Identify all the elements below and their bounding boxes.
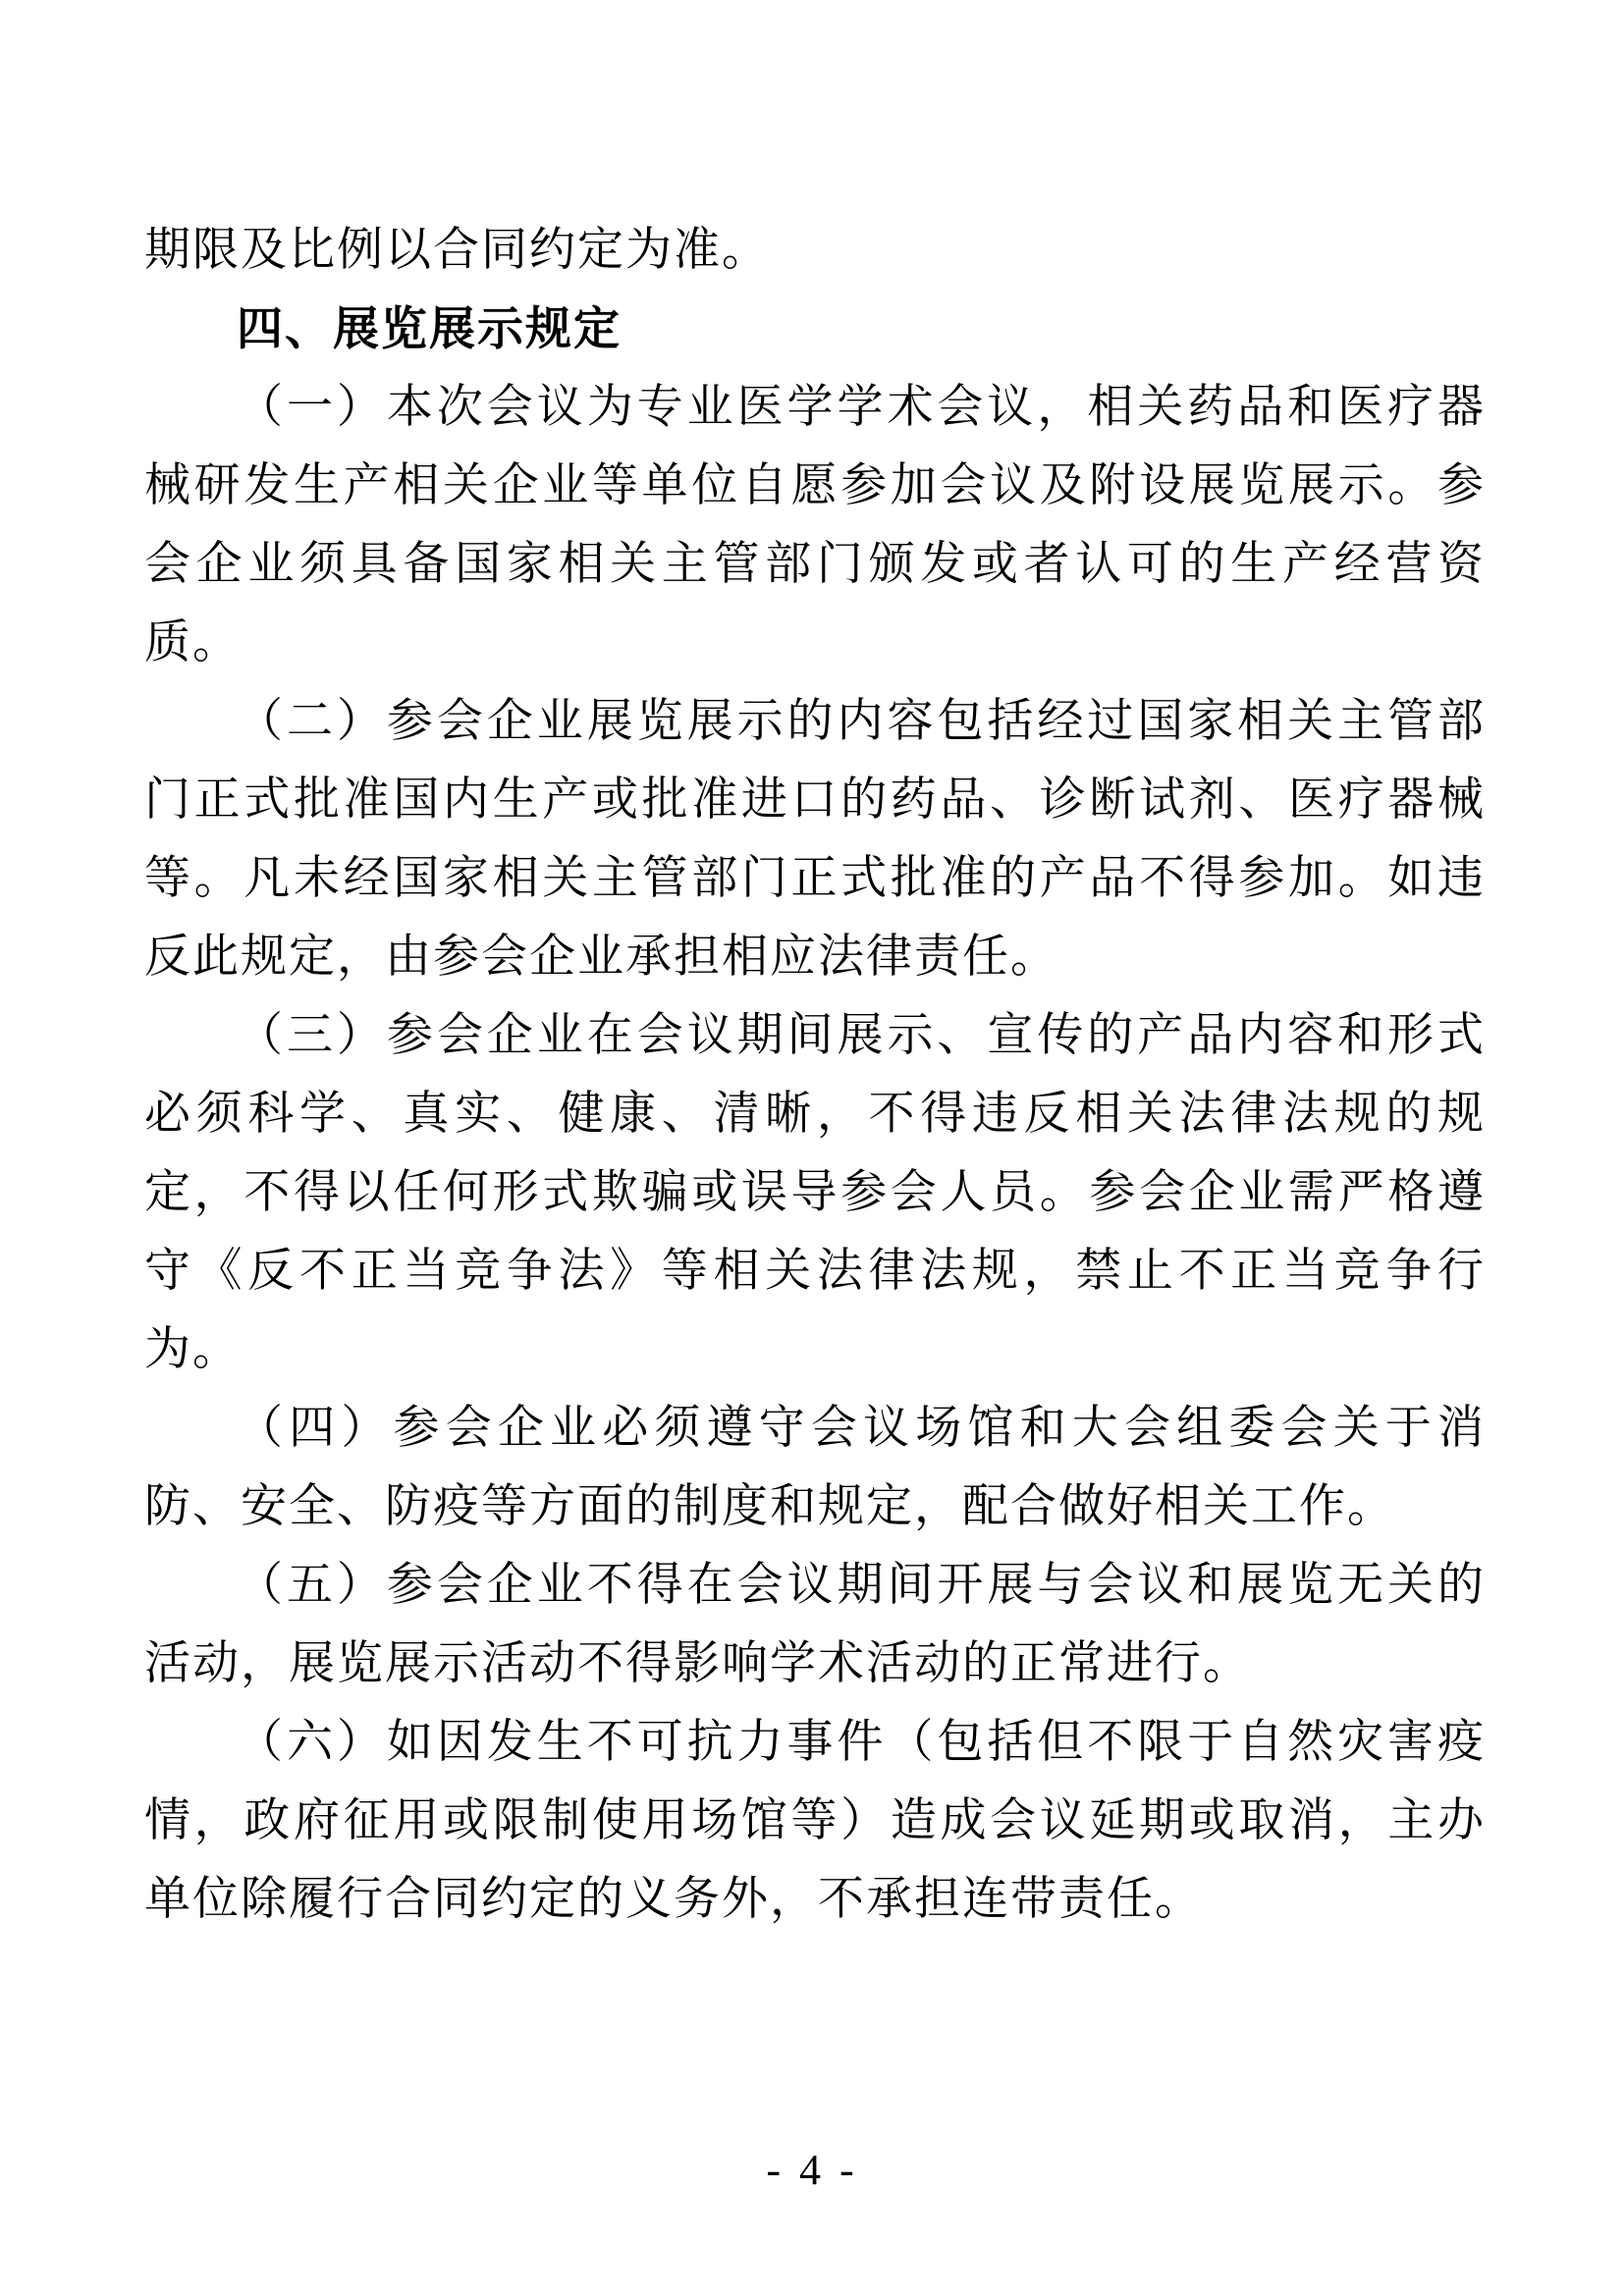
paragraph-item-6: （六）如因发生不可抗力事件（包括但不限于自然灾害疫情，政府征用或限制使用场馆等）… (144, 1703, 1486, 1939)
paragraph-item-1: （一）本次会议为专业医学学术会议，相关药品和医疗器械研发生产相关企业等单位自愿参… (144, 368, 1486, 682)
paragraph-item-2: （二）参会企业展览展示的内容包括经过国家相关主管部门正式批准国内生产或批准进口的… (144, 682, 1486, 996)
body-text-continuation: 期限及比例以合同约定为准。 (144, 211, 1486, 290)
section-heading: 四、展览展示规定 (144, 290, 1486, 368)
paragraph-item-4: （四）参会企业必须遵守会议场馆和大会组委会关于消防、安全、防疫等方面的制度和规定… (144, 1389, 1486, 1546)
page-number: - 4 - (0, 2145, 1624, 2195)
document-body: 期限及比例以合同约定为准。 四、展览展示规定 （一）本次会议为专业医学学术会议，… (144, 211, 1486, 1939)
document-page: 期限及比例以合同约定为准。 四、展览展示规定 （一）本次会议为专业医学学术会议，… (0, 0, 1624, 2296)
paragraph-item-3: （三）参会企业在会议期间展示、宣传的产品内容和形式必须科学、真实、健康、清晰，不… (144, 996, 1486, 1389)
paragraph-item-5: （五）参会企业不得在会议期间开展与会议和展览无关的活动，展览展示活动不得影响学术… (144, 1546, 1486, 1703)
